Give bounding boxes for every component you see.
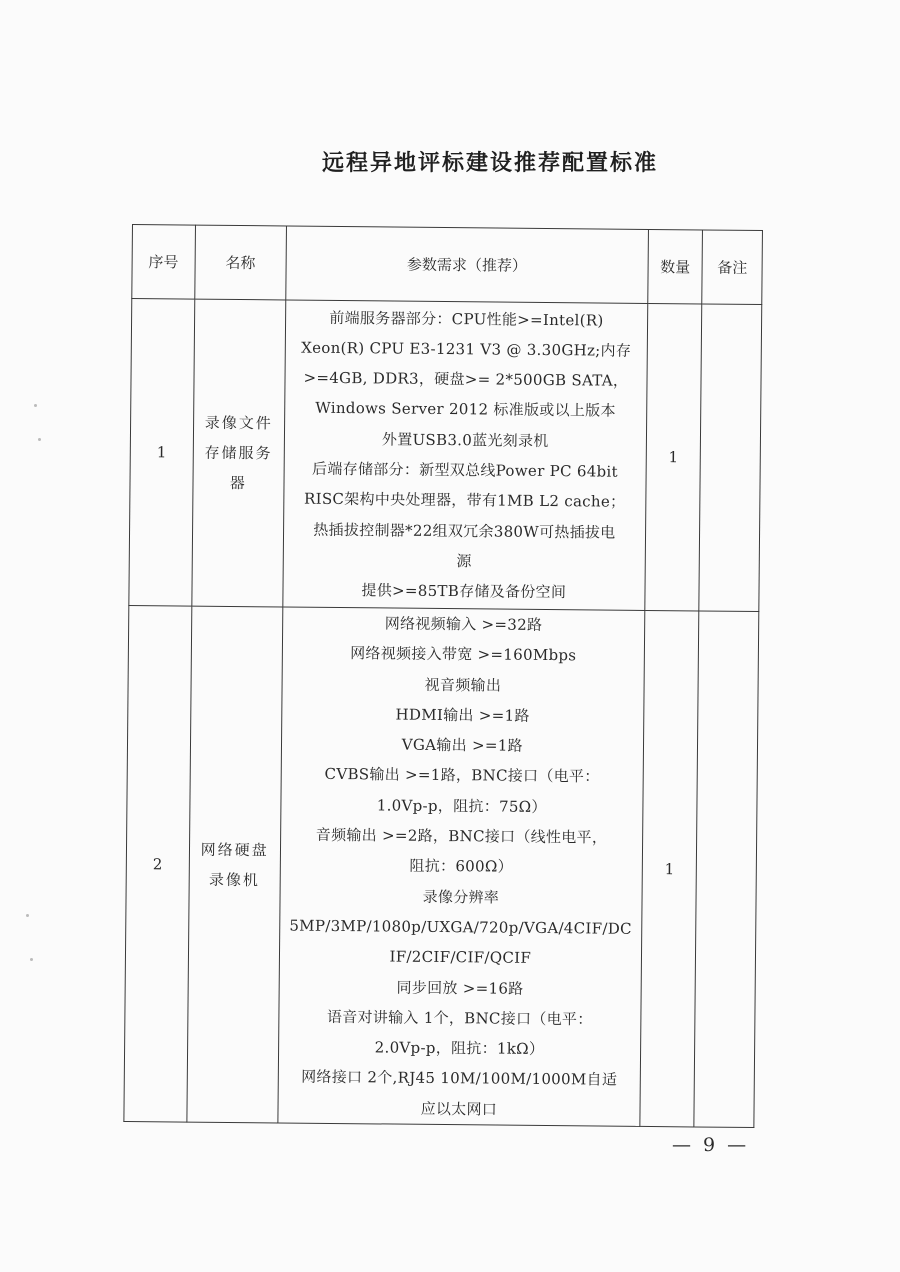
param-line: 外置USB3.0蓝光刻录机 — [285, 423, 646, 457]
scan-speck — [38, 438, 41, 441]
row-index: 1 — [129, 299, 194, 607]
param-line: >=4GB, DDR3，硬盘>= 2*500GB SATA， — [285, 363, 646, 397]
param-line: IF/2CIF/CIF/QCIF — [280, 941, 641, 975]
spec-table: 序号 名称 参数需求（推荐） 数量 备注 1 录像文件存储服务器 前端服务器部分… — [123, 224, 763, 1128]
page-number: — 9 — — [672, 1134, 749, 1156]
row-name: 网络硬盘录像机 — [186, 606, 282, 1123]
scan-speck — [26, 914, 29, 917]
param-line: Xeon(R) CPU E3-1231 V3 @ 3.30GHz;内存 — [286, 332, 647, 366]
param-line: CVBS输出 >=1路，BNC接口（电平： — [282, 759, 643, 793]
row-remarks — [694, 611, 759, 1128]
row-name-text: 网络硬盘录像机 — [189, 834, 280, 895]
param-line: 1.0Vp-p，阻抗：75Ω） — [281, 789, 642, 823]
param-line: 热插拔控制器*22组双冗余380W可热插拔电 — [284, 514, 645, 548]
header-remarks: 备注 — [702, 230, 762, 305]
row-remarks — [699, 304, 762, 612]
header-params: 参数需求（推荐） — [286, 226, 649, 303]
row-params: 前端服务器部分：CPU性能>=Intel(R) Xeon(R) CPU E3-1… — [283, 300, 648, 610]
row-quantity: 1 — [640, 610, 700, 1127]
page-title: 远程异地评标建设推荐配置标准 — [0, 146, 900, 177]
header-name: 名称 — [194, 225, 286, 300]
param-line: 网络接口 2个,RJ45 10M/100M/1000M自适 — [279, 1062, 640, 1096]
param-line: 语音对讲输入 1个，BNC接口（电平： — [279, 1001, 640, 1035]
param-line: HDMI输出 >=1路 — [282, 698, 643, 732]
scan-speck — [30, 958, 33, 961]
param-line: 后端存储部分：新型双总线Power PC 64bit — [284, 453, 645, 487]
param-line: VGA输出 >=1路 — [282, 729, 643, 763]
param-line: 提供>=85TB存储及备份空间 — [283, 575, 644, 609]
param-line: 音频输出 >=2路，BNC接口（线性电平， — [281, 820, 642, 854]
param-line: 阻抗：600Ω） — [281, 850, 642, 884]
table-row: 2 网络硬盘录像机 网络视频输入 >=32路 网络视频接入带宽 >=160Mbp… — [124, 605, 759, 1127]
param-line: 网络视频输入 >=32路 — [283, 607, 644, 641]
param-line: 同步回放 >=16路 — [279, 971, 640, 1005]
param-line: 录像分辨率 — [280, 880, 641, 914]
row-name: 录像文件存储服务器 — [191, 299, 285, 607]
row-name-text: 录像文件存储服务器 — [193, 408, 284, 499]
param-line: 视音频输出 — [282, 668, 643, 702]
param-line: 5MP/3MP/1080p/UXGA/720p/VGA/4CIF/DC — [280, 910, 641, 944]
row-params: 网络视频输入 >=32路 网络视频接入带宽 >=160Mbps 视音频输出 HD… — [278, 607, 645, 1126]
param-line: 应以太网口 — [278, 1092, 639, 1126]
row-quantity: 1 — [645, 303, 703, 611]
header-index: 序号 — [132, 225, 195, 300]
param-line: 前端服务器部分：CPU性能>=Intel(R) — [286, 302, 647, 336]
header-quantity: 数量 — [648, 229, 703, 304]
param-line: RISC架构中央处理器，带有1MB L2 cache； — [284, 484, 645, 518]
param-line: 网络视频接入带宽 >=160Mbps — [283, 638, 644, 672]
table-header-row: 序号 名称 参数需求（推荐） 数量 备注 — [132, 225, 763, 305]
row-index: 2 — [124, 605, 191, 1122]
param-line: 2.0Vp-p，阻抗：1kΩ） — [279, 1032, 640, 1066]
param-line: 源 — [284, 544, 645, 578]
param-line: Windows Server 2012 标准版或以上版本 — [285, 393, 646, 427]
table-row: 1 录像文件存储服务器 前端服务器部分：CPU性能>=Intel(R) Xeon… — [129, 299, 762, 612]
scan-speck — [34, 404, 37, 407]
